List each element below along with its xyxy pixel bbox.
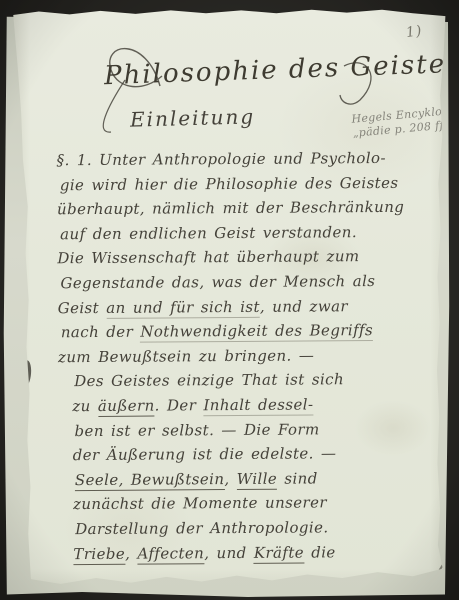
manuscript-line: auf den endlichen Geist verstanden. <box>57 220 407 247</box>
text-segment: die <box>304 543 336 561</box>
text-segment: Kräfte <box>254 543 304 563</box>
manuscript-line: überhaupt, nämlich mit der Beschränkung <box>57 195 407 222</box>
manuscript-line: Gegenstande das, was der Mensch als <box>57 269 407 296</box>
manuscript-line: gie wird hier die Philosophie des Geiste… <box>57 170 407 197</box>
text-segment: Gegenstande das, was der Mensch als <box>60 272 375 292</box>
text-segment: Darstellung der Anthropologie. <box>75 518 328 538</box>
text-segment: nach der <box>61 323 141 342</box>
text-segment: Die Wissenschaft hat überhaupt zum <box>57 247 359 267</box>
text-segment: , <box>125 544 137 562</box>
manuscript-line: Die Wissenschaft hat überhaupt zum <box>57 244 407 271</box>
text-segment: überhaupt, nämlich mit der Beschränkung <box>57 198 404 218</box>
manuscript-line: Seele, Bewußtsein, Wille sind <box>59 465 409 492</box>
text-segment: , und zwar <box>260 297 348 316</box>
text-segment: , <box>224 470 236 488</box>
manuscript-line: Darstellung der Anthropologie. <box>59 515 409 542</box>
text-segment: Inhalt dessel- <box>203 395 313 416</box>
text-segment: Affecten <box>137 544 204 564</box>
photo-background: 1) Philosophie des Geistes Einleitung He… <box>0 0 459 600</box>
text-segment: §. 1. Unter Anthropologie und Psycholo- <box>57 149 386 169</box>
text-segment: sind <box>277 469 318 487</box>
text-segment: auf den endlichen Geist verstanden. <box>60 223 357 243</box>
section-heading: Einleitung <box>130 104 256 131</box>
manuscript-line: zunächst die Momente unserer <box>59 490 409 517</box>
text-segment: Geist <box>58 298 107 316</box>
manuscript-text: §. 1. Unter Anthropologie und Psycholo-g… <box>57 146 410 567</box>
text-segment: Seele, Bewußtsein <box>75 470 225 491</box>
text-segment: Des Geistes einzige That ist sich <box>74 371 344 391</box>
manuscript-line: ben ist er selbst. — Die Form <box>58 416 408 443</box>
text-segment: , und <box>204 543 254 561</box>
text-segment: gie wird hier die Philosophie des Geiste… <box>60 173 399 193</box>
text-segment: der Äußerung ist die edelste. — <box>73 444 337 464</box>
manuscript-page: 1) Philosophie des Geistes Einleitung He… <box>8 8 448 592</box>
text-segment: zum Bewußtsein zu bringen. — <box>58 346 314 366</box>
manuscript-line: nach der Nothwendigkeit des Begriffs <box>58 318 408 345</box>
text-segment: äußern <box>98 396 155 416</box>
manuscript-line: zu äußern. Der Inhalt dessel- <box>58 392 408 419</box>
page-title: Philosophie des Geistes <box>104 51 405 91</box>
text-segment: . Der <box>155 396 204 414</box>
text-segment: ben ist er selbst. — Die Form <box>74 420 319 440</box>
text-segment: Triebe <box>73 544 125 564</box>
manuscript-line: Triebe, Affecten, und Kräfte die <box>59 539 409 566</box>
text-segment: zunächst die Momente unserer <box>73 494 327 514</box>
text-segment: an und für sich ist <box>106 297 260 318</box>
manuscript-line: Geist an und für sich ist, und zwar <box>58 293 408 320</box>
manuscript-line: Des Geistes einzige That ist sich <box>58 367 408 394</box>
manuscript-line: §. 1. Unter Anthropologie und Psycholo- <box>57 146 407 173</box>
text-segment: zu <box>72 397 98 415</box>
page-number: 1) <box>405 23 423 41</box>
text-segment: Nothwendigkeit des Begriffs <box>140 321 373 343</box>
manuscript-line: der Äußerung ist die edelste. — <box>59 441 409 468</box>
text-segment: Wille <box>237 469 278 489</box>
manuscript-line: zum Bewußtsein zu bringen. — <box>58 343 408 370</box>
